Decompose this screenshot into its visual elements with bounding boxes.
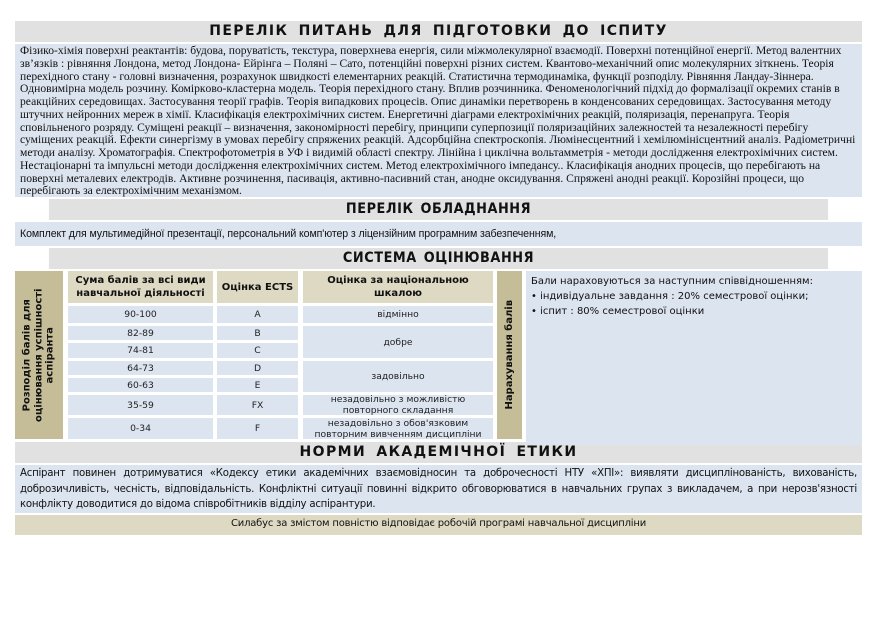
- grading-table: Розподіл балів дляоцінювання успішностіа…: [15, 271, 862, 439]
- syllabus-page: ПЕРЕЛІК ПИТАНЬ ДЛЯ ПІДГОТОВКИ ДО ІСПИТУ …: [15, 21, 862, 535]
- ects-grade-cell: B: [217, 326, 298, 340]
- ethics-title: НОРМИ АКАДЕМІЧНОЇ ЕТИКИ: [15, 442, 862, 463]
- header-national: Оцінка за національною шкалою: [303, 271, 493, 303]
- grading-distribution-label-text: Розподіл балів дляоцінювання успішностіа…: [22, 288, 57, 421]
- ects-grade-cell: D: [217, 361, 298, 375]
- ethics-text: Аспірант повинен дотримуватися «Кодексу …: [15, 465, 862, 513]
- ects-grade-cell: FX: [217, 395, 298, 415]
- header-ects: Оцінка ECTS: [217, 271, 298, 303]
- grading-note-item: • індивідуальне завдання : 20% семестров…: [531, 289, 857, 304]
- grading-title: СИСТЕМА ОЦІНЮВАННЯ: [49, 248, 828, 269]
- points-range-cell: 60-63: [68, 378, 213, 392]
- points-range-cell: 35-59: [68, 395, 213, 415]
- grading-distribution-label: Розподіл балів дляоцінювання успішностіа…: [15, 271, 63, 439]
- exam-questions-text: Фізико-хімія поверхні реактантів: будова…: [15, 44, 862, 197]
- syllabus-footer: Силабус за змістом повністю відповідає р…: [15, 515, 862, 535]
- national-good: добре: [303, 326, 493, 358]
- grading-notes-intro: Бали нараховуються за наступним співвідн…: [531, 274, 857, 289]
- points-range-cell: 82-89: [68, 326, 213, 340]
- ects-grade-cell: A: [217, 306, 298, 323]
- ects-grade-cell: E: [217, 378, 298, 392]
- points-range-cell: 74-81: [68, 343, 213, 358]
- ects-grade-cell: F: [217, 418, 298, 439]
- points-range-cell: 64-73: [68, 361, 213, 375]
- equipment-title: ПЕРЕЛІК ОБЛАДНАННЯ: [49, 199, 828, 220]
- grading-notes: Бали нараховуються за наступним співвідн…: [526, 271, 862, 445]
- exam-questions-title: ПЕРЕЛІК ПИТАНЬ ДЛЯ ПІДГОТОВКИ ДО ІСПИТУ: [15, 21, 862, 42]
- points-range-cell: 90-100: [68, 306, 213, 323]
- national-fx: незадовільно з можливістю повторного скл…: [303, 395, 493, 415]
- points-range-cell: 0-34: [68, 418, 213, 439]
- national-satisfactory: задовільно: [303, 361, 493, 392]
- national-f: незадовільно з обов'язковим повторним ви…: [303, 418, 493, 439]
- national-excellent: відмінно: [303, 306, 493, 323]
- points-accrual-label-text: Нарахування балів: [504, 300, 516, 410]
- grading-note-item: • іспит : 80% семестрової оцінки: [531, 304, 857, 319]
- header-points: Сума балів за всі види навчальної діяльн…: [68, 271, 213, 303]
- ects-grade-cell: C: [217, 343, 298, 358]
- points-accrual-label: Нарахування балів: [497, 271, 522, 439]
- equipment-text: Комплект для мультимедійної презентації,…: [15, 222, 862, 246]
